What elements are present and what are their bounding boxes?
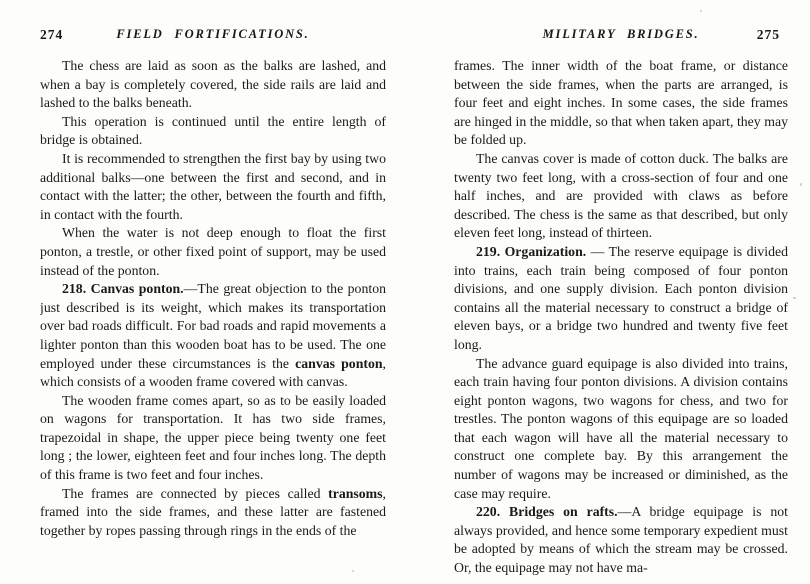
scan-speck: [800, 183, 802, 186]
paragraph: The wooden frame comes apart, so as to b…: [40, 392, 386, 485]
right-running-head: MILITARY BRIDGES. 275: [454, 27, 788, 44]
paragraph: It is recommended to strengthen the firs…: [40, 150, 386, 224]
paragraph: frames. The inner width of the boat fram…: [454, 57, 788, 150]
paragraph: 220. Bridges on rafts.—A bridge equipage…: [454, 503, 788, 577]
text-run: frames. The inner width of the boat fram…: [454, 58, 788, 147]
left-page-number: 274: [40, 27, 63, 43]
text-run: The wooden frame comes apart, so as to b…: [40, 393, 386, 482]
text-run: This operation is continued until the en…: [40, 114, 386, 148]
scan-speck: [700, 10, 702, 12]
text-run: The chess are laid as soon as the balks …: [40, 58, 386, 110]
text-run: The advance guard equipage is also divid…: [454, 356, 788, 501]
bold-run: transoms: [328, 486, 382, 501]
paragraph: 218. Canvas ponton.—The great objection …: [40, 280, 386, 392]
paragraph: The chess are laid as soon as the balks …: [40, 57, 386, 113]
paragraph: The advance guard equipage is also divid…: [454, 355, 788, 504]
paragraph: When the water is not deep enough to flo…: [40, 224, 386, 280]
right-page-number: 275: [757, 27, 780, 43]
paragraph: 219. Organization. — The reserve equipag…: [454, 243, 788, 355]
left-running-head: 274 FIELD FORTIFICATIONS.: [40, 27, 386, 44]
right-running-head-title: MILITARY BRIDGES.: [543, 27, 700, 41]
right-page-body: frames. The inner width of the boat fram…: [454, 57, 788, 578]
bold-run: 220. Bridges on rafts.: [476, 504, 618, 519]
left-page: 274 FIELD FORTIFICATIONS. The chess are …: [40, 0, 386, 584]
bold-run: 219. Organization.: [476, 244, 586, 259]
paragraph: The frames are connected by pieces calle…: [40, 485, 386, 541]
book-spread: 274 FIELD FORTIFICATIONS. The chess are …: [0, 0, 810, 584]
text-run: — The reserve equipage is divided into t…: [454, 244, 788, 352]
text-run: The canvas cover is made of cotton duck.…: [454, 151, 788, 240]
left-page-body: The chess are laid as soon as the balks …: [40, 57, 386, 540]
paragraph: The canvas cover is made of cotton duck.…: [454, 150, 788, 243]
bold-run: 218. Canvas ponton.: [62, 281, 184, 296]
scan-speck: [793, 297, 796, 299]
left-running-head-title: FIELD FORTIFICATIONS.: [116, 27, 309, 41]
bold-run: canvas ponton: [295, 356, 382, 371]
paragraph: This operation is continued until the en…: [40, 113, 386, 150]
text-run: The frames are connected by pieces calle…: [62, 486, 328, 501]
right-page: MILITARY BRIDGES. 275 frames. The inner …: [454, 0, 788, 584]
text-run: It is recommended to strengthen the firs…: [40, 151, 386, 222]
text-run: When the water is not deep enough to flo…: [40, 225, 386, 277]
scan-speck: [352, 570, 354, 572]
